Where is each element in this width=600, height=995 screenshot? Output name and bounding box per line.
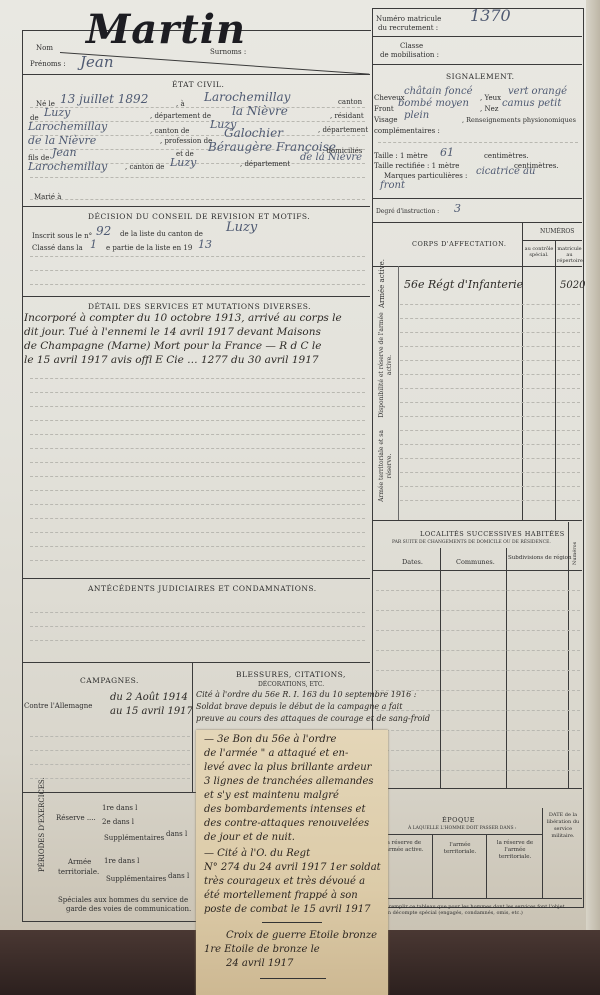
centimetres-label: centimètres. (484, 152, 529, 160)
slip-line: été mortellement frappé à son (204, 890, 358, 901)
reserve-2: 2e dans l (102, 818, 134, 826)
prenoms-value: Jean (80, 53, 114, 71)
inscrit-value: 92 (96, 224, 111, 238)
departement-label: , département de (150, 112, 211, 120)
residant-a: Larochemillay (28, 120, 107, 133)
blessures-line-3: preuve au cours des attaques de courage … (196, 714, 430, 723)
divider (22, 74, 370, 75)
nom-label: Nom (36, 44, 53, 52)
blessures-line-2: Soldat brave depuis le début de la campa… (196, 702, 402, 711)
slip-line: N° 274 du 24 avril 1917 1er soldat (204, 862, 381, 873)
domicile-a: Larochemillay (28, 160, 107, 173)
taille-rectifiee-label: Taille rectifiée : 1 mètre (374, 162, 459, 170)
classe-label-2: de mobilisation : (380, 51, 439, 59)
epoque-title: ÉPOQUE (442, 816, 475, 824)
matricule-label-1: Numéro matricule (376, 15, 441, 23)
slip-line: — Cité à l'O. du Regt (204, 848, 310, 859)
slip-line: Croix de guerre Etoile bronze (226, 930, 377, 941)
marie-label: Marié à (34, 193, 61, 201)
citation-slip: — 3e Bon du 56e à l'ordre de l'armée " a… (196, 730, 388, 995)
armee-active-label: Armée active. (378, 259, 387, 308)
slip-line: 1re Etoile de bronze le (204, 944, 320, 955)
territoriale-label-1: Armée (68, 858, 91, 866)
nez-label: , Nez (480, 105, 498, 113)
decision-title: DÉCISION DU CONSEIL DE REVISION ET MOTIF… (88, 212, 310, 221)
yeux-label: , Yeux (480, 94, 501, 102)
complementaires-label: complémentaires : (374, 127, 440, 135)
taille-value: 61 (440, 146, 454, 159)
blessures-subtitle: DÉCORATIONS, ETC. (258, 681, 324, 688)
page-edge (586, 0, 600, 960)
degre-value: 3 (454, 202, 461, 215)
surname-heading: Martin (86, 6, 246, 53)
annee-value: 13 (198, 238, 212, 251)
matricule-repertoire-value: 5020 (560, 280, 585, 291)
campagne-du: du 2 Août 1914 (110, 692, 188, 703)
antecedents-title: ANTÉCÉDENTS JUDICIAIRES ET CONDAMNATIONS… (88, 584, 317, 593)
visage-label: Visage (374, 116, 398, 124)
reserve-1: 1re dans l (102, 804, 137, 812)
affectation-value: 56e Régt d'Infanterie (404, 278, 523, 291)
col-controle: au contrôle spécial. (524, 246, 554, 258)
residant-label: , résidant (330, 112, 364, 120)
renseignements-label: , Renseignements physionomiques (462, 116, 576, 124)
liste-value: Luzy (226, 220, 257, 235)
domicile-dept-label: , département (240, 160, 290, 168)
slip-line: — 3e Bon du 56e à l'ordre (204, 734, 336, 745)
marques-value-1: cicatrice au (476, 166, 535, 177)
nez-value: camus petit (502, 98, 561, 109)
campagne-row-label: Contre l'Allemagne (24, 702, 92, 710)
corps-title: CORPS D'AFFECTATION. (412, 240, 506, 248)
speciales-1: Spéciales aux hommes du service de (58, 896, 188, 904)
inscrit-label: Inscrit sous le n° (32, 232, 92, 240)
domicile-canton: Luzy (170, 156, 196, 169)
slip-line: levé avec la plus brillante ardeur (204, 762, 371, 773)
visage-value: plein (404, 110, 429, 121)
territoriale-label: Armée territoriale et sa réserve. (378, 426, 394, 506)
matricule-value: 1370 (470, 6, 511, 25)
numeros-label: NUMÉROS (540, 228, 574, 235)
epoque-note: Ne remplir ce tableau que pour les homme… (380, 904, 576, 916)
slip-line: 24 avril 1917 (226, 958, 293, 969)
taille-label: Taille : 1 mètre (374, 152, 428, 160)
territoriale-sup-dans: dans l (168, 872, 189, 880)
slip-line: des contre-attaques renouvelées (204, 818, 369, 829)
matricule-label-2: du recrutement : (378, 24, 438, 32)
cheveux-value: châtain foncé (404, 86, 472, 97)
slip-line: de l'armée " a attaqué et en- (204, 748, 348, 759)
services-title: DÉTAIL DES SERVICES ET MUTATIONS DIVERSE… (88, 302, 311, 311)
col-territoriale: l'armée territoriale. (436, 842, 484, 856)
slip-line: poste de combat le 15 avril 1917 (204, 904, 370, 915)
partie-label: e partie de la liste en 19 (106, 244, 192, 252)
reserve-label: Réserve .... (56, 814, 96, 822)
departement-value: la Nièvre (232, 104, 288, 118)
localites-title: LOCALITÉS SUCCESSIVES HABITÉES (420, 530, 565, 538)
slip-line: 3 lignes de tranchées allemandes (204, 776, 374, 787)
classe-label-1: Classe (400, 42, 423, 50)
canton-label: canton (338, 98, 362, 106)
canton-value: Luzy (44, 106, 70, 119)
canton-de-label: , canton de (150, 127, 189, 135)
campagne-au: au 15 avril 1917 (110, 706, 193, 717)
col-dates: Dates. (402, 558, 423, 566)
dispo-label: Disponibilité et réserve de l'armée acti… (378, 310, 394, 420)
degre-label: Degré d'instruction : (376, 208, 439, 215)
col-subdivisions: Subdivisions de région (508, 555, 572, 561)
etat-civil-title: ÉTAT CIVIL. (172, 80, 224, 89)
campagnes-title: CAMPAGNES. (80, 676, 139, 685)
front-label: Front (374, 105, 394, 113)
classe-partie: 1 (90, 238, 97, 251)
lieu-naissance: Larochemillay (204, 90, 290, 104)
territoriale-label-2: territoriale. (58, 868, 99, 876)
surnoms-label: Surnoms : (210, 48, 246, 56)
reserve-sup: Supplémentaires (104, 834, 164, 842)
slip-line: et s'y est maintenu malgré (204, 790, 339, 801)
territoriale-sup: Supplémentaires (106, 875, 166, 883)
slip-line: très courageux et très dévoué a (204, 876, 365, 887)
domicile-canton-label: , canton de (125, 163, 164, 171)
pere-value: Jean (52, 146, 77, 159)
prenoms-label: Prénoms : (30, 60, 66, 68)
reserve-sup-dans: dans l (166, 830, 187, 838)
col-numeros: Numéros (571, 542, 580, 565)
signalement-title: SIGNALEMENT. (446, 72, 515, 81)
domicile-dept: de la Nièvre (300, 152, 362, 163)
date-liberation: DATE de la libération du service militai… (545, 812, 581, 840)
classe-dans-label: Classé dans la (32, 244, 83, 252)
speciales-2: garde des voies de communication. (66, 905, 191, 913)
col-communes: Communes. (456, 558, 495, 566)
ne-le-value: 13 juillet 1892 (60, 92, 148, 106)
slip-line: des bombardements intenses et (204, 804, 365, 815)
profession-label: , profession de (160, 137, 212, 145)
territoriale-1: 1re dans l (104, 857, 139, 865)
front-value: bombé moyen (398, 98, 469, 109)
col-matricule: matricule au répertoire. (557, 246, 582, 264)
a-label: , à (176, 100, 185, 108)
blessures-line-1: Cité à l'ordre du 56e R. I. 163 du 10 se… (196, 690, 416, 699)
marques-label: Marques particulières : (384, 172, 467, 180)
profession-value: Galochier (224, 126, 283, 140)
epoque-subtitle: À LAQUELLE L'HOMME DOIT PASSER DANS : (408, 826, 517, 831)
slip-line: de jour et de nuit. (204, 832, 295, 843)
localites-subtitle: PAR SUITE DE CHANGEMENTS DE DOMICILE OU … (392, 540, 551, 545)
departement2-label: , département (318, 126, 368, 134)
marques-value-2: front (380, 180, 405, 191)
blessures-title: BLESSURES, CITATIONS, (236, 670, 346, 679)
periodes-title: PÉRIODES D'EXERCICES. (38, 777, 47, 872)
yeux-value: vert orangé (508, 86, 567, 97)
liste-label: de la liste du canton de (120, 230, 203, 238)
col-reserve-territoriale: la réserve de l'armée territoriale. (490, 840, 540, 861)
